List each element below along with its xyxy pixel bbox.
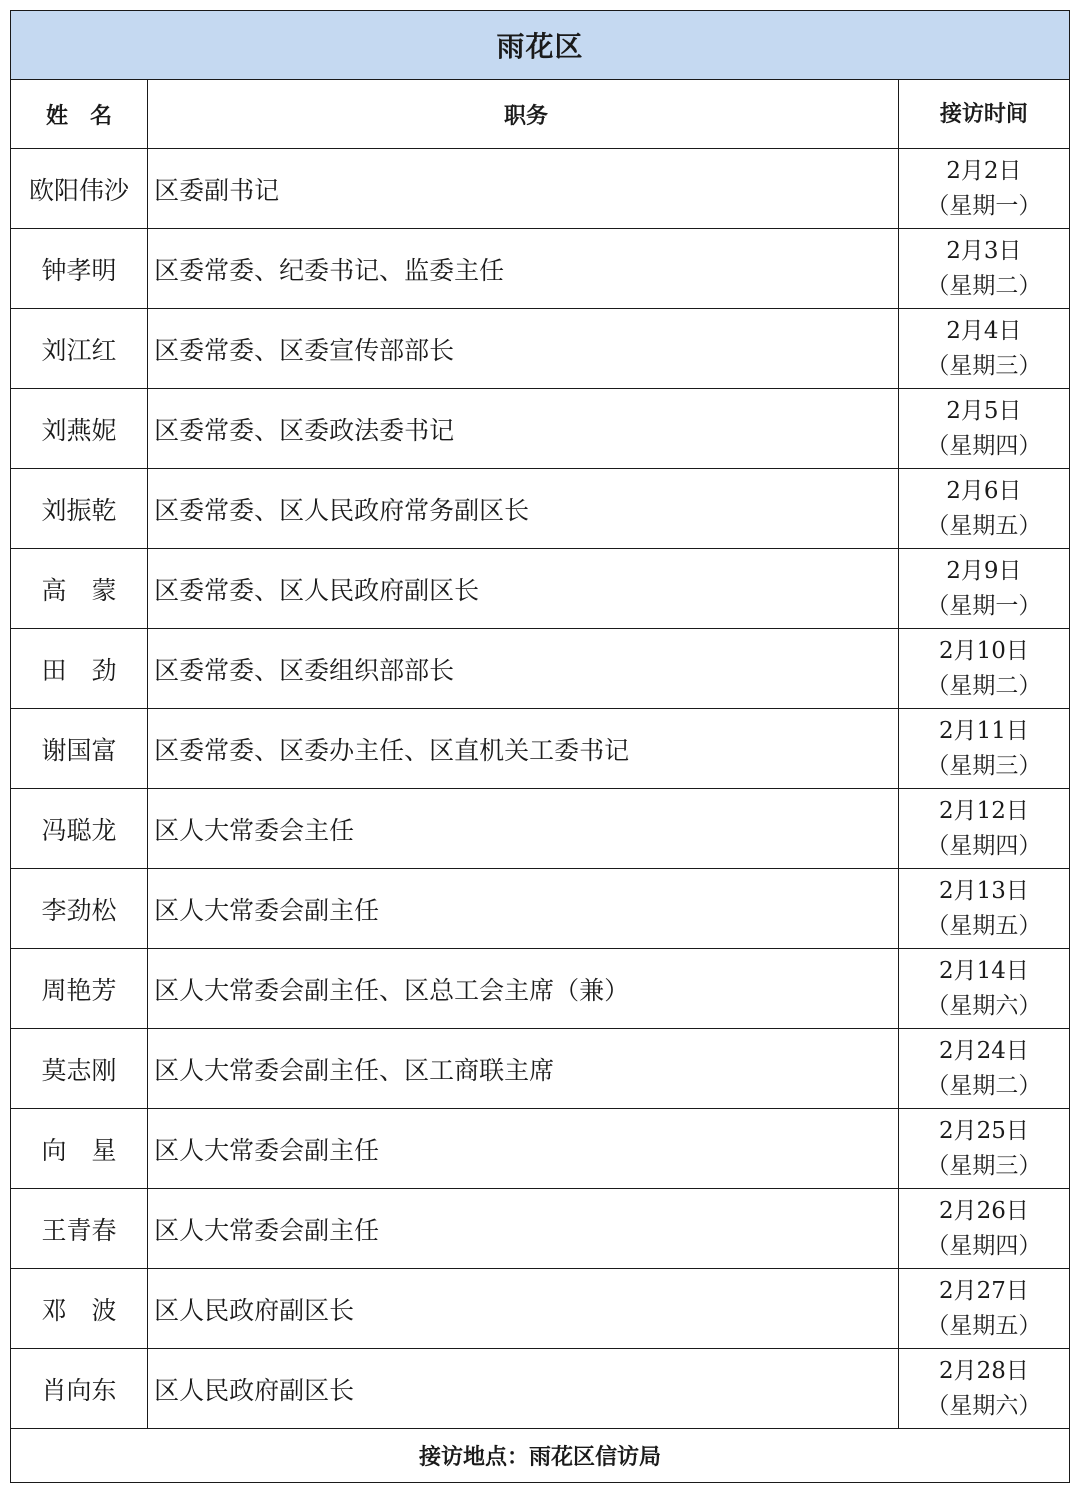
official-name: 李劲松 [11,869,148,949]
table-row: 欧阳伟沙区委副书记2月2日（星期一） [11,149,1070,229]
official-duty: 区人大常委会主任 [148,789,899,869]
reception-date: 2月2日 [899,154,1069,189]
reception-date: 2月27日 [899,1274,1069,1309]
reception-time: 2月5日（星期四） [898,389,1069,469]
table-row: 向 星区人大常委会副主任2月25日（星期三） [11,1109,1070,1189]
reception-date: 2月10日 [899,634,1069,669]
official-duty: 区委常委、区委宣传部部长 [148,309,899,389]
official-duty: 区人大常委会副主任 [148,869,899,949]
reception-time: 2月10日（星期二） [898,629,1069,709]
official-duty: 区委常委、区委组织部部长 [148,629,899,709]
reception-time: 2月26日（星期四） [898,1189,1069,1269]
reception-time: 2月4日（星期三） [898,309,1069,389]
reception-time: 2月24日（星期二） [898,1029,1069,1109]
reception-weekday: （星期六） [899,989,1069,1024]
official-name: 刘江红 [11,309,148,389]
official-duty: 区委常委、区委政法委书记 [148,389,899,469]
table-row: 王青春区人大常委会副主任2月26日（星期四） [11,1189,1070,1269]
official-name: 刘振乾 [11,469,148,549]
official-duty: 区委常委、区人民政府副区长 [148,549,899,629]
reception-time: 2月28日（星期六） [898,1349,1069,1429]
reception-weekday: （星期四） [899,429,1069,464]
reception-time: 2月2日（星期一） [898,149,1069,229]
reception-date: 2月14日 [899,954,1069,989]
official-duty: 区委常委、区人民政府常务副区长 [148,469,899,549]
title-row: 雨花区 [11,11,1070,80]
reception-time: 2月14日（星期六） [898,949,1069,1029]
header-row: 姓 名 职务 接访时间 [11,80,1070,149]
official-name: 钟孝明 [11,229,148,309]
reception-weekday: （星期三） [899,1149,1069,1184]
table-row: 邓 波区人民政府副区长2月27日（星期五） [11,1269,1070,1349]
header-time: 接访时间 [898,80,1069,149]
reception-date: 2月24日 [899,1034,1069,1069]
table-row: 李劲松区人大常委会副主任2月13日（星期五） [11,869,1070,949]
table-row: 莫志刚区人大常委会副主任、区工商联主席2月24日（星期二） [11,1029,1070,1109]
reception-weekday: （星期一） [899,189,1069,224]
official-name: 向 星 [11,1109,148,1189]
reception-date: 2月5日 [899,394,1069,429]
reception-time: 2月3日（星期二） [898,229,1069,309]
reception-time: 2月27日（星期五） [898,1269,1069,1349]
reception-date: 2月26日 [899,1194,1069,1229]
official-name: 莫志刚 [11,1029,148,1109]
header-duty: 职务 [148,80,899,149]
official-name: 谢国富 [11,709,148,789]
reception-date: 2月12日 [899,794,1069,829]
reception-time: 2月13日（星期五） [898,869,1069,949]
official-duty: 区人民政府副区长 [148,1349,899,1429]
table-row: 钟孝明区委常委、纪委书记、监委主任2月3日（星期二） [11,229,1070,309]
table-row: 刘振乾区委常委、区人民政府常务副区长2月6日（星期五） [11,469,1070,549]
table-row: 刘燕妮区委常委、区委政法委书记2月5日（星期四） [11,389,1070,469]
reception-weekday: （星期四） [899,829,1069,864]
reception-date: 2月11日 [899,714,1069,749]
official-name: 田 劲 [11,629,148,709]
reception-weekday: （星期五） [899,509,1069,544]
official-duty: 区人民政府副区长 [148,1269,899,1349]
reception-date: 2月4日 [899,314,1069,349]
reception-date: 2月9日 [899,554,1069,589]
table-row: 谢国富区委常委、区委办主任、区直机关工委书记2月11日（星期三） [11,709,1070,789]
table-row: 肖向东区人民政府副区长2月28日（星期六） [11,1349,1070,1429]
reception-weekday: （星期一） [899,589,1069,624]
official-duty: 区委常委、纪委书记、监委主任 [148,229,899,309]
reception-time: 2月11日（星期三） [898,709,1069,789]
reception-date: 2月28日 [899,1354,1069,1389]
reception-weekday: （星期四） [899,1229,1069,1264]
reception-weekday: （星期二） [899,269,1069,304]
reception-date: 2月13日 [899,874,1069,909]
official-name: 高 蒙 [11,549,148,629]
official-name: 王青春 [11,1189,148,1269]
official-name: 冯聪龙 [11,789,148,869]
reception-schedule-table: 雨花区 姓 名 职务 接访时间 欧阳伟沙区委副书记2月2日（星期一）钟孝明区委常… [10,10,1070,1483]
official-name: 欧阳伟沙 [11,149,148,229]
table-row: 冯聪龙区人大常委会主任2月12日（星期四） [11,789,1070,869]
reception-weekday: （星期五） [899,1309,1069,1344]
reception-weekday: （星期三） [899,349,1069,384]
official-duty: 区人大常委会副主任、区工商联主席 [148,1029,899,1109]
official-duty: 区人大常委会副主任 [148,1189,899,1269]
reception-weekday: （星期五） [899,909,1069,944]
reception-time: 2月25日（星期三） [898,1109,1069,1189]
header-name: 姓 名 [11,80,148,149]
table-row: 田 劲区委常委、区委组织部部长2月10日（星期二） [11,629,1070,709]
table-row: 周艳芳区人大常委会副主任、区总工会主席（兼）2月14日（星期六） [11,949,1070,1029]
official-name: 邓 波 [11,1269,148,1349]
reception-date: 2月6日 [899,474,1069,509]
table-row: 刘江红区委常委、区委宣传部部长2月4日（星期三） [11,309,1070,389]
table-row: 高 蒙区委常委、区人民政府副区长2月9日（星期一） [11,549,1070,629]
reception-location: 接访地点：雨花区信访局 [11,1429,1070,1483]
official-duty: 区委常委、区委办主任、区直机关工委书记 [148,709,899,789]
footer-row: 接访地点：雨花区信访局 [11,1429,1070,1483]
reception-time: 2月9日（星期一） [898,549,1069,629]
reception-time: 2月12日（星期四） [898,789,1069,869]
official-name: 肖向东 [11,1349,148,1429]
official-duty: 区人大常委会副主任 [148,1109,899,1189]
reception-weekday: （星期六） [899,1389,1069,1424]
reception-weekday: （星期三） [899,749,1069,784]
reception-time: 2月6日（星期五） [898,469,1069,549]
reception-date: 2月3日 [899,234,1069,269]
official-duty: 区委副书记 [148,149,899,229]
reception-weekday: （星期二） [899,669,1069,704]
district-title: 雨花区 [11,11,1070,80]
official-name: 周艳芳 [11,949,148,1029]
official-name: 刘燕妮 [11,389,148,469]
reception-weekday: （星期二） [899,1069,1069,1104]
official-duty: 区人大常委会副主任、区总工会主席（兼） [148,949,899,1029]
reception-date: 2月25日 [899,1114,1069,1149]
